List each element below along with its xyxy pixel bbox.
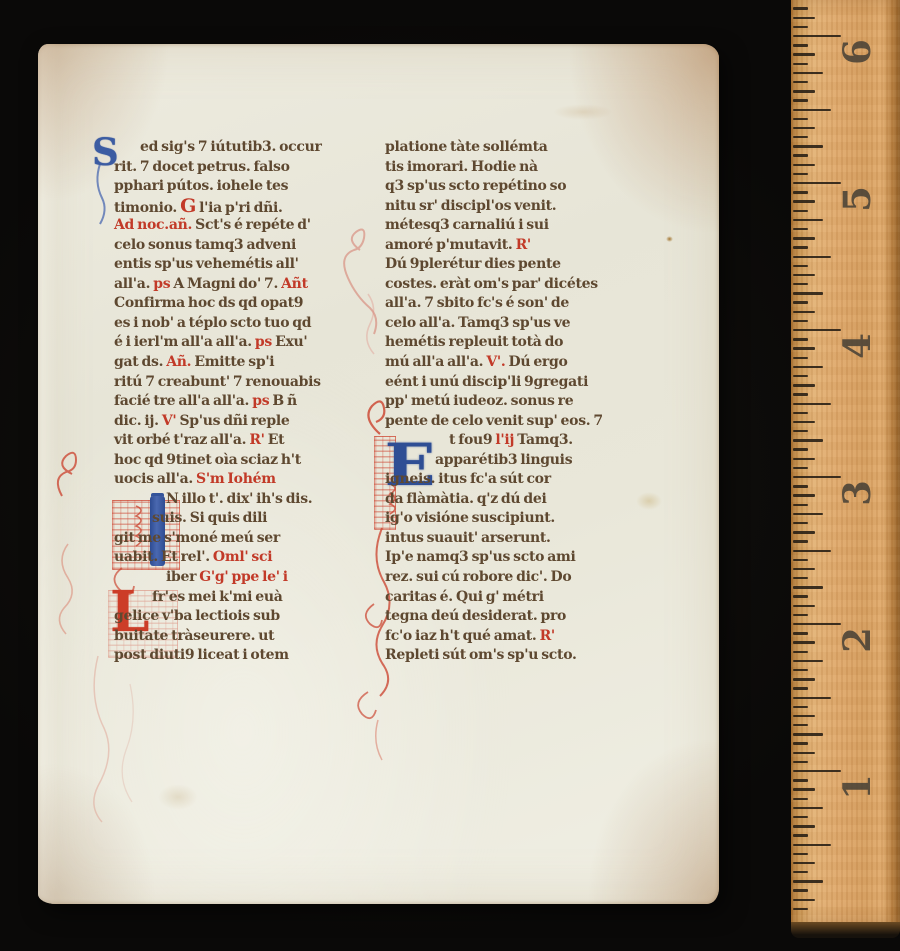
ruler-tick xyxy=(793,844,831,846)
text-segment: da flàmàtia. q'z dú dei xyxy=(385,491,547,507)
ruler-tick xyxy=(793,412,808,414)
text-segment: ps xyxy=(255,334,272,350)
text-segment: tis imorari. Hodie nà xyxy=(385,159,538,175)
text-line: ed sig's 7 iútutib3. occur xyxy=(140,138,366,158)
text-segment: S'm Iohém xyxy=(196,471,276,487)
ruler-tick xyxy=(793,265,808,267)
text-line: fc'o iaz h't qué amat. R' xyxy=(385,627,593,647)
ruler-tick xyxy=(793,246,808,248)
ruler-tick xyxy=(793,687,808,689)
text-segment: timonio. xyxy=(114,200,180,216)
text-line: amoré p'mutavit. R' xyxy=(385,236,593,256)
text-segment: amoré p'mutavit. xyxy=(385,237,516,253)
ruler: 654321 xyxy=(791,0,900,922)
text-line: caritas é. Qui g' métri xyxy=(385,588,593,608)
text-line: eént i unú discip'li 9gregati xyxy=(385,373,593,393)
text-segment: R' xyxy=(540,628,555,644)
text-segment: all'a. 7 sbito fc's é son' de xyxy=(385,295,569,311)
ruler-tick xyxy=(793,871,808,873)
ruler-tick xyxy=(793,127,815,129)
text-line: platione tàte sollémta xyxy=(385,138,593,158)
text-segment: fr'es mei k'mi euà xyxy=(152,589,283,605)
stain xyxy=(666,236,673,242)
ruler-tick xyxy=(793,660,823,662)
text-segment: all'a. xyxy=(114,276,153,292)
text-segment: V' xyxy=(162,413,177,429)
text-segment: nitu sr' discipl'os venit. xyxy=(385,198,556,214)
text-segment: mú all'a all'a. xyxy=(385,354,486,370)
ruler-tick xyxy=(793,283,808,285)
text-segment: V'. xyxy=(486,354,505,370)
ruler-number: 2 xyxy=(837,620,877,660)
ruler-tick xyxy=(793,164,815,166)
text-line: Dú 9plerétur dies pente xyxy=(385,255,593,275)
ruler-tick xyxy=(793,788,815,790)
ruler-tick xyxy=(793,17,815,19)
text-segment: rit. 7 docet petrus. falso xyxy=(114,159,290,175)
ruler-tick xyxy=(793,807,823,809)
text-segment: iber xyxy=(166,569,199,585)
text-segment: B ñ xyxy=(269,393,297,409)
text-line: t fou9 l'ij Tamq3. xyxy=(449,431,593,451)
ruler-tick xyxy=(793,595,808,597)
ruler-tick xyxy=(793,35,841,37)
text-line: iber G'g' ppe le' i xyxy=(166,568,366,588)
text-segment: buitate tràseurere. ut xyxy=(114,628,274,644)
text-column-right: platione tàte sollémtatis imorari. Hodie… xyxy=(385,138,593,666)
text-line: entis sp'us vehemétis all' xyxy=(114,255,366,275)
ruler-tick xyxy=(793,63,808,65)
ruler-tick xyxy=(793,182,841,184)
ruler-tick xyxy=(793,678,815,680)
ruler-tick xyxy=(793,338,808,340)
ruler-tick xyxy=(793,733,823,735)
text-segment: pente de celo venit sup' eos. 7 xyxy=(385,413,603,429)
text-line: tegna deú desiderat. pro xyxy=(385,607,593,627)
ruler-tick xyxy=(793,154,808,156)
text-line: mú all'a all'a. V'. Dú ergo xyxy=(385,353,593,373)
ruler-tick xyxy=(793,7,808,9)
ruler-tick xyxy=(793,292,823,294)
text-line: buitate tràseurere. ut xyxy=(114,627,366,647)
ruler-tick xyxy=(793,761,808,763)
ruler-tick xyxy=(793,421,815,423)
ruler-tick xyxy=(793,632,808,634)
text-line: Confirma hoc ds qd opat9 xyxy=(114,294,366,314)
text-line: ritú 7 creabunt' 7 renouabis xyxy=(114,373,366,393)
text-segment: ps xyxy=(252,393,269,409)
text-line: intus suauit' arserunt. xyxy=(385,529,593,549)
text-segment: uocis all'a. xyxy=(114,471,196,487)
text-segment: Dú 9plerétur dies pente xyxy=(385,256,561,272)
text-line: timonio. G l'ia p'ri dñi. xyxy=(114,197,366,217)
text-segment: caritas é. Qui g' métri xyxy=(385,589,544,605)
ruler-tick xyxy=(793,99,808,101)
ruler-tick xyxy=(793,825,815,827)
text-segment: Dú ergo xyxy=(505,354,567,370)
ruler-tick xyxy=(793,256,831,258)
text-segment: uabit. Et rel'. xyxy=(114,549,213,565)
ruler-tick xyxy=(793,494,815,496)
ruler-tick xyxy=(793,752,815,754)
text-line: Ip'e namq3 sp'us scto ami xyxy=(385,548,593,568)
text-segment: ps xyxy=(153,276,170,292)
ruler-tick xyxy=(793,191,808,193)
text-segment: G xyxy=(180,195,196,217)
text-line: dic. ij. V' Sp'us dñi reple xyxy=(114,412,366,432)
ruler-tick xyxy=(793,118,808,120)
text-segment: es i nob' a téplo scto tuo qd xyxy=(114,315,311,331)
ruler-tick xyxy=(793,384,815,386)
text-line: all'a. ps A Magni do' 7. Añt xyxy=(114,275,366,295)
text-segment: hemétis repleuit totà do xyxy=(385,334,563,350)
ruler-tick xyxy=(793,577,808,579)
ruler-tick xyxy=(793,228,808,230)
text-segment: Tamq3. xyxy=(514,432,573,448)
ruler-tick xyxy=(793,779,808,781)
ruler-tick xyxy=(793,357,808,359)
text-segment: t fou9 xyxy=(449,432,495,448)
ruler-tick xyxy=(793,210,808,212)
ruler-tick xyxy=(793,899,815,901)
ruler-tick xyxy=(793,540,808,542)
text-segment: git me s'moné meú ser xyxy=(114,530,280,546)
ruler-tick xyxy=(793,366,823,368)
ruler-tick xyxy=(793,44,808,46)
ruler-tick xyxy=(793,816,808,818)
ruler-number: 1 xyxy=(837,767,877,807)
text-line: gat ds. Añ. Emitte sp'i xyxy=(114,353,366,373)
text-line: ig'o visióne suscipiunt. xyxy=(385,509,593,529)
ruler-tick xyxy=(793,393,808,395)
ruler-tick xyxy=(793,109,831,111)
ruler-tick xyxy=(793,430,808,432)
ruler-tick xyxy=(793,798,808,800)
ruler-tick xyxy=(793,320,808,322)
text-segment: A Magni do' 7. xyxy=(170,276,281,292)
ruler-tick xyxy=(793,311,815,313)
text-line: all'a. 7 sbito fc's é son' de xyxy=(385,294,593,314)
text-segment: ig'o visióne suscipiunt. xyxy=(385,510,555,526)
text-segment: l'ij xyxy=(495,432,514,448)
text-segment: post diuti9 liceat i otem xyxy=(114,647,289,663)
text-segment: R' xyxy=(249,432,264,448)
text-segment: dic. ij. xyxy=(114,413,162,429)
ruler-tick xyxy=(793,485,808,487)
text-segment: intus suauit' arserunt. xyxy=(385,530,551,546)
ruler-tick xyxy=(793,145,823,147)
text-segment: suis. Si quis dili xyxy=(152,510,267,526)
text-line: gelice v'ba lectiois sub xyxy=(114,607,366,627)
text-segment: G'g' ppe le' i xyxy=(199,569,288,585)
ruler-tick xyxy=(793,724,808,726)
text-segment: Exu' xyxy=(272,334,307,350)
text-line: nitu sr' discipl'os venit. xyxy=(385,197,593,217)
text-line: pp' metú iudeoz. sonus re xyxy=(385,392,593,412)
ruler-tick xyxy=(793,347,815,349)
text-segment: l'ia p'ri dñi. xyxy=(196,200,283,216)
text-line: rit. 7 docet petrus. falso xyxy=(114,158,366,178)
ruler-tick xyxy=(793,301,808,303)
ruler-tick xyxy=(793,219,823,221)
ruler-tick xyxy=(793,467,808,469)
text-line: hoc qd 9tinet oìa sciaz h't xyxy=(114,451,366,471)
text-line: fr'es mei k'mi euà xyxy=(152,588,366,608)
ruler-tick xyxy=(793,53,815,55)
text-segment: Repleti sút om's sp'u scto. xyxy=(385,647,577,663)
text-segment: rez. sui cú robore dic'. Do xyxy=(385,569,571,585)
stain xyxy=(158,784,198,810)
text-segment: é i ierl'm all'a all'a. xyxy=(114,334,255,350)
text-segment: pp' metú iudeoz. sonus re xyxy=(385,393,573,409)
text-line: post diuti9 liceat i otem xyxy=(114,646,366,666)
ruler-tick xyxy=(793,742,808,744)
text-segment: gelice v'ba lectiois sub xyxy=(114,608,280,624)
ruler-tick xyxy=(793,504,808,506)
ruler-tick xyxy=(793,81,808,83)
ruler-tick xyxy=(793,531,815,533)
text-segment: Sp'us dñi reple xyxy=(176,413,289,429)
ruler-tick xyxy=(793,697,831,699)
ruler-tick xyxy=(793,72,823,74)
text-segment: ritú 7 creabunt' 7 renouabis xyxy=(114,374,321,390)
text-segment: vit orbé t'raz all'a. xyxy=(114,432,249,448)
text-line: uabit. Et rel'. Oml' sci xyxy=(114,548,366,568)
text-segment: Oml' sci xyxy=(213,549,272,565)
text-line: Repleti sút om's sp'u scto. xyxy=(385,646,593,666)
text-line: es i nob' a téplo scto tuo qd xyxy=(114,314,366,334)
text-line: vit orbé t'raz all'a. R' Et xyxy=(114,431,366,451)
text-line: apparétib3 linguis xyxy=(435,451,593,471)
ruler-tick xyxy=(793,862,815,864)
stain xyxy=(553,104,613,120)
text-line: rez. sui cú robore dic'. Do xyxy=(385,568,593,588)
ruler-tick xyxy=(793,568,815,570)
text-segment: R' xyxy=(516,237,531,253)
ruler-tick xyxy=(793,90,815,92)
ruler-tick xyxy=(793,651,808,653)
text-line: suis. Si quis dili xyxy=(152,509,366,529)
text-segment: Ad noc.añ. xyxy=(114,217,195,233)
text-line: igneis. itus fc'a sút cor xyxy=(385,470,593,490)
ruler-tick xyxy=(793,237,815,239)
text-line: git me s'moné meú ser xyxy=(114,529,366,549)
text-segment: facié tre all'a all'a. xyxy=(114,393,252,409)
text-segment: igneis. itus fc'a sút cor xyxy=(385,471,551,487)
manuscript-leaf: S L E ed sig's 7 iútutib3. occurrit. 7 d… xyxy=(38,44,719,904)
text-segment: Sct's é repéte d' xyxy=(195,217,311,233)
ruler-tick xyxy=(793,329,841,331)
ruler-tick xyxy=(793,908,808,910)
text-line: celo all'a. Tamq3 sp'us ve xyxy=(385,314,593,334)
text-line: costes. eràt om's par' dicétes xyxy=(385,275,593,295)
ruler-tick xyxy=(793,439,823,441)
text-segment: Añ. xyxy=(166,354,191,370)
text-line: métesq3 carnaliú i sui xyxy=(385,216,593,236)
ruler-tick xyxy=(793,706,808,708)
ruler-number: 3 xyxy=(837,473,877,513)
ruler-tick xyxy=(793,559,808,561)
text-line: uocis all'a. S'm Iohém xyxy=(114,470,366,490)
ruler-tick xyxy=(793,669,808,671)
ruler-tick xyxy=(793,889,808,891)
text-segment: q3 sp'us scto repétino so xyxy=(385,178,566,194)
ruler-number: 4 xyxy=(837,326,877,366)
ruler-tick xyxy=(793,513,823,515)
text-segment: tegna deú desiderat. pro xyxy=(385,608,566,624)
text-line: N illo t'. dix' ih's dis. xyxy=(166,490,366,510)
text-line: da flàmàtia. q'z dú dei xyxy=(385,490,593,510)
ruler-tick xyxy=(793,403,831,405)
ruler-tick xyxy=(793,448,808,450)
text-segment: fc'o iaz h't qué amat. xyxy=(385,628,540,644)
ruler-tick xyxy=(793,770,841,772)
ruler-tick xyxy=(793,550,831,552)
ruler-tick xyxy=(793,476,841,478)
ruler-tick xyxy=(793,623,841,625)
text-segment: costes. eràt om's par' dicétes xyxy=(385,276,598,292)
ruler-tick xyxy=(793,26,808,28)
text-segment: eént i unú discip'li 9gregati xyxy=(385,374,588,390)
text-line: celo sonus tamq3 adveni xyxy=(114,236,366,256)
text-segment: apparétib3 linguis xyxy=(435,452,572,468)
text-segment: platione tàte sollémta xyxy=(385,139,548,155)
ruler-tick xyxy=(793,614,808,616)
text-line: pphari pútos. iohele tes xyxy=(114,177,366,197)
text-segment: Et xyxy=(265,432,285,448)
ruler-tick xyxy=(793,375,808,377)
text-line: é i ierl'm all'a all'a. ps Exu' xyxy=(114,333,366,353)
ruler-tick xyxy=(793,834,808,836)
text-line: hemétis repleuit totà do xyxy=(385,333,593,353)
text-segment: métesq3 carnaliú i sui xyxy=(385,217,549,233)
text-segment: N illo t'. dix' ih's dis. xyxy=(166,491,312,507)
ruler-tick xyxy=(793,715,815,717)
text-segment: Confirma hoc ds qd opat9 xyxy=(114,295,303,311)
text-segment: ed sig's 7 iútutib3. occur xyxy=(140,139,322,155)
ruler-tick xyxy=(793,173,808,175)
text-segment: Emitte sp'i xyxy=(191,354,274,370)
text-segment: celo all'a. Tamq3 sp'us ve xyxy=(385,315,570,331)
text-segment: celo sonus tamq3 adveni xyxy=(114,237,296,253)
ruler-tick xyxy=(793,853,808,855)
ruler-tick xyxy=(793,522,808,524)
text-column-left: ed sig's 7 iútutib3. occurrit. 7 docet p… xyxy=(114,138,366,666)
text-segment: hoc qd 9tinet oìa sciaz h't xyxy=(114,452,301,468)
ruler-tick xyxy=(793,200,815,202)
ruler-number: 5 xyxy=(837,179,877,219)
ruler-tick xyxy=(793,458,815,460)
ruler-number: 6 xyxy=(837,32,877,72)
text-segment: Ip'e namq3 sp'us scto ami xyxy=(385,549,576,565)
photo-backdrop: S L E ed sig's 7 iútutib3. occurrit. 7 d… xyxy=(0,0,900,951)
text-line: Ad noc.añ. Sct's é repéte d' xyxy=(114,216,366,236)
ruler-tick xyxy=(793,274,815,276)
text-segment: Añt xyxy=(281,276,308,292)
ruler-tick xyxy=(793,586,823,588)
text-line: q3 sp'us scto repétino so xyxy=(385,177,593,197)
text-segment: entis sp'us vehemétis all' xyxy=(114,256,299,272)
stain xyxy=(636,492,662,510)
text-segment: pphari pútos. iohele tes xyxy=(114,178,288,194)
text-line: tis imorari. Hodie nà xyxy=(385,158,593,178)
ruler-tick xyxy=(793,136,808,138)
ruler-tick xyxy=(793,880,823,882)
ruler-tick xyxy=(793,605,815,607)
text-line: facié tre all'a all'a. ps B ñ xyxy=(114,392,366,412)
text-segment: gat ds. xyxy=(114,354,166,370)
ruler-tick xyxy=(793,641,815,643)
text-line: pente de celo venit sup' eos. 7 xyxy=(385,412,593,432)
